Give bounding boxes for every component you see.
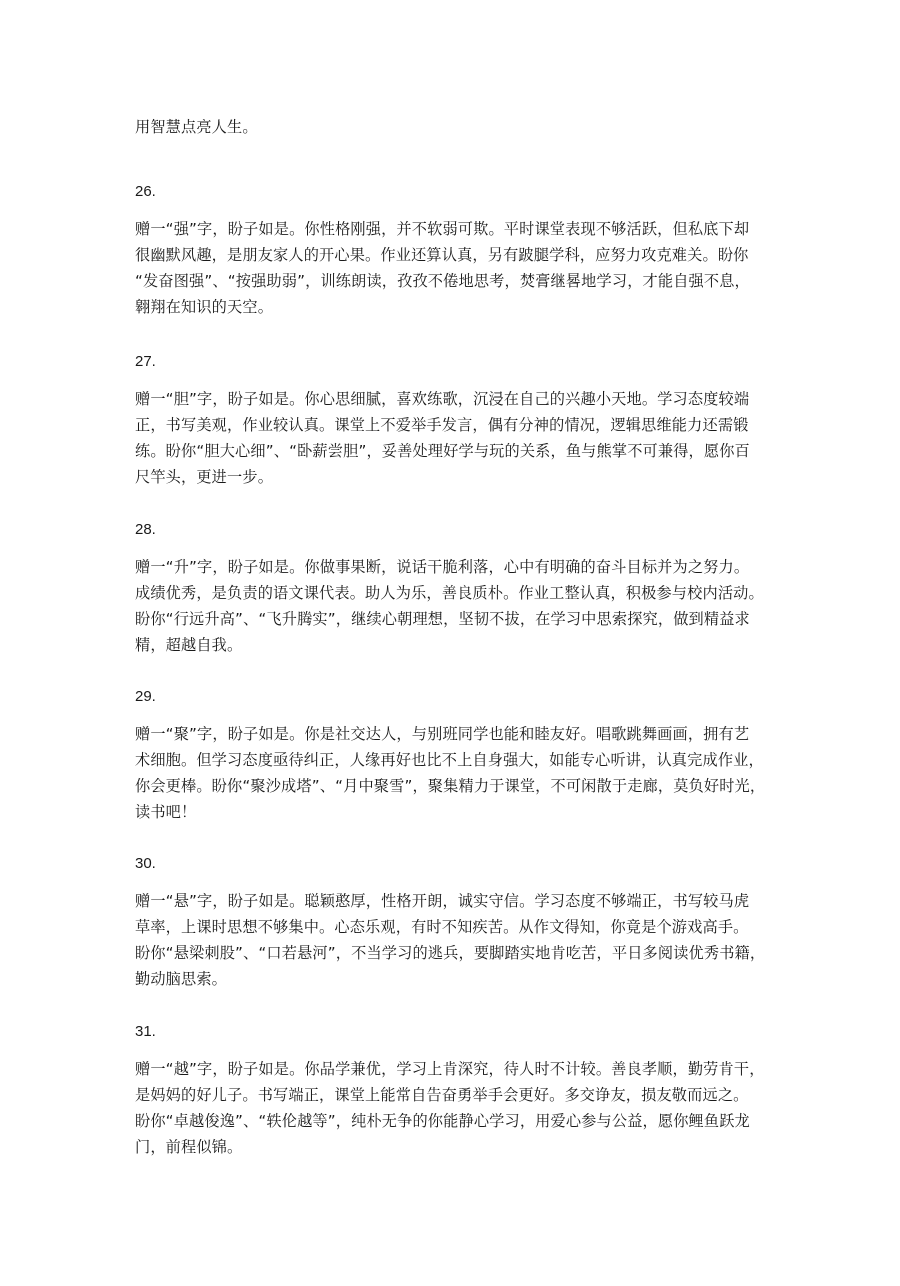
entry-30: 30. 赠一“悬”字，盼子如是。聪颖憨厚，性格开朗，诚实守信。学习态度不够端正，… xyxy=(135,854,795,992)
entry-26: 26. 赠一“强”字，盼子如是。你性格刚强，并不软弱可欺。平时课堂表现不够活跃，… xyxy=(135,182,795,320)
paragraph-line: 门，前程似锦。 xyxy=(135,1134,795,1160)
paragraph-line: 成绩优秀，是负责的语文课代表。助人为乐，善良质朴。作业工整认真，积极参与校内活动… xyxy=(135,580,795,606)
paragraph-line: 赠一“胆”字，盼子如是。你心思细腻，喜欢练歌，沉浸在自己的兴趣小天地。学习态度较… xyxy=(135,386,795,412)
paragraph-line: 你会更棒。盼你“聚沙成塔”、“月中聚雪”，聚集精力于课堂，不可闲散于走廊，莫负好… xyxy=(135,773,795,799)
entry-31: 31. 赠一“越”字，盼子如是。你品学兼优，学习上肯深究，待人时不计较。善良孝顺… xyxy=(135,1022,795,1160)
paragraph-line: 精，超越自我。 xyxy=(135,632,795,658)
paragraph-line: 正，书写美观，作业较认真。课堂上不爱举手发言，偶有分神的情况，逻辑思维能力还需锻 xyxy=(135,412,795,438)
entry-number: 28. xyxy=(135,520,795,540)
paragraph-line: 用智慧点亮人生。 xyxy=(135,114,795,140)
paragraph-line: 盼你“行远升高”、“飞升腾实”，继续心朝理想，坚韧不拔，在学习中思索探究，做到精… xyxy=(135,606,795,632)
intro-paragraph: 用智慧点亮人生。 xyxy=(135,114,795,140)
paragraph-line: 盼你“卓越俊逸”、“轶伦越等”，纯朴无争的你能静心学习，用爱心参与公益，愿你鲤鱼… xyxy=(135,1108,795,1134)
paragraph-line: 赠一“越”字，盼子如是。你品学兼优，学习上肯深究，待人时不计较。善良孝顺，勤劳肯… xyxy=(135,1056,795,1082)
paragraph-line: 练。盼你“胆大心细”、“卧薪尝胆”，妥善处理好学与玩的关系，鱼与熊掌不可兼得，愿… xyxy=(135,438,795,464)
entry-29: 29. 赠一“聚”字，盼子如是。你是社交达人，与别班同学也能和睦友好。唱歌跳舞画… xyxy=(135,687,795,825)
entry-number: 31. xyxy=(135,1022,795,1042)
paragraph-line: 赠一“升”字，盼子如是。你做事果断，说话干脆利落，心中有明确的奋斗目标并为之努力… xyxy=(135,554,795,580)
entry-number: 30. xyxy=(135,854,795,874)
paragraph-line: 很幽默风趣，是朋友家人的开心果。作业还算认真，另有跛腿学科，应努力攻克难关。盼你 xyxy=(135,242,795,268)
paragraph-line: 翱翔在知识的天空。 xyxy=(135,294,795,320)
entry-27: 27. 赠一“胆”字，盼子如是。你心思细腻，喜欢练歌，沉浸在自己的兴趣小天地。学… xyxy=(135,352,795,490)
paragraph-line: 赠一“悬”字，盼子如是。聪颖憨厚，性格开朗，诚实守信。学习态度不够端正，书写较马… xyxy=(135,888,795,914)
paragraph-line: 是妈妈的好儿子。书写端正，课堂上能常自告奋勇举手会更好。多交诤友，损友敬而远之。 xyxy=(135,1082,795,1108)
paragraph-line: 盼你“悬梁刺股”、“口若悬河”，不当学习的逃兵，要脚踏实地肯吃苦，平日多阅读优秀… xyxy=(135,940,795,966)
entry-28: 28. 赠一“升”字，盼子如是。你做事果断，说话干脆利落，心中有明确的奋斗目标并… xyxy=(135,520,795,658)
paragraph-line: “发奋图强”、“按强助弱”，训练朗读，孜孜不倦地思考，焚膏继晷地学习，才能自强不… xyxy=(135,268,795,294)
paragraph-line: 术细胞。但学习态度亟待纠正，人缘再好也比不上自身强大，如能专心听讲，认真完成作业… xyxy=(135,747,795,773)
entry-number: 26. xyxy=(135,182,795,202)
document-page: 用智慧点亮人生。 26. 赠一“强”字，盼子如是。你性格刚强，并不软弱可欺。平时… xyxy=(0,0,900,1286)
paragraph-line: 赠一“聚”字，盼子如是。你是社交达人，与别班同学也能和睦友好。唱歌跳舞画画，拥有… xyxy=(135,721,795,747)
entry-number: 29. xyxy=(135,687,795,707)
paragraph-line: 勤动脑思索。 xyxy=(135,966,795,992)
entry-number: 27. xyxy=(135,352,795,372)
paragraph-line: 赠一“强”字，盼子如是。你性格刚强，并不软弱可欺。平时课堂表现不够活跃，但私底下… xyxy=(135,216,795,242)
paragraph-line: 读书吧！ xyxy=(135,799,795,825)
paragraph-line: 尺竿头，更进一步。 xyxy=(135,464,795,490)
paragraph-line: 草率，上课时思想不够集中。心态乐观，有时不知疾苦。从作文得知，你竟是个游戏高手。 xyxy=(135,914,795,940)
